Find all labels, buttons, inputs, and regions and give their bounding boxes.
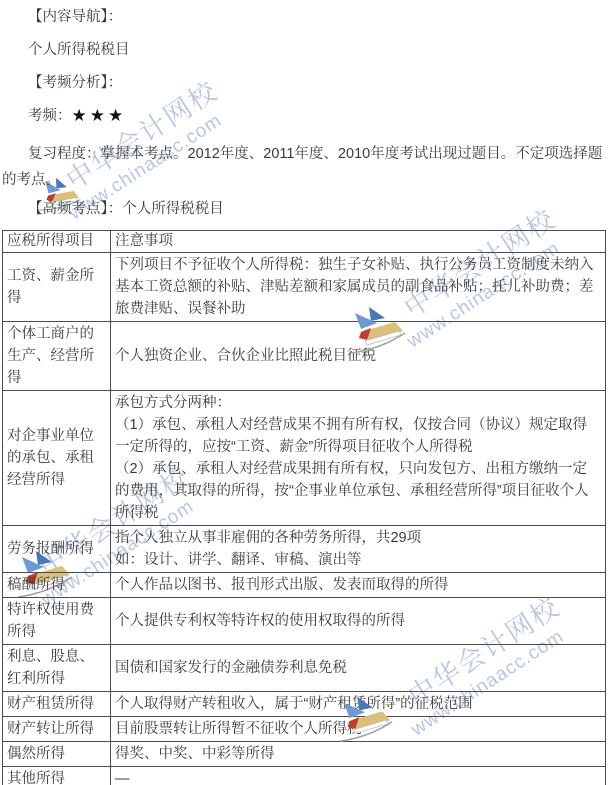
note-line: 承包方式分两种：: [115, 392, 601, 414]
tax-item-cell: 财产转让所得: [3, 717, 111, 742]
column-header-note: 注意事项: [111, 231, 606, 253]
content-nav-item: 个人所得税税目: [2, 42, 606, 58]
freq-analysis-label: 【考频分析】：: [2, 75, 606, 91]
note-line: 如：设计、讲学、翻译、审稿、演出等: [115, 549, 601, 571]
table-row: 对企事业单位的承包、承租经营所得 承包方式分两种： （1）承包、承租人对经营成果…: [3, 391, 606, 526]
note-cell: —: [111, 767, 606, 785]
tax-item-cell: 稿酬所得: [3, 573, 111, 598]
document-page: 【内容导航】： 个人所得税税目 【考频分析】： 考频：★★★ 复习程度：掌握本考…: [0, 0, 608, 785]
note-line: 个人作品以图书、报刊形式出版、发表而取得的所得: [115, 574, 601, 596]
table-row: 特许权使用费所得 个人提供专利权等特许权的使用权取得的所得: [3, 598, 606, 645]
freq-rating-line: 考频：★★★: [2, 108, 606, 124]
note-cell: 个人取得财产转租收入，属于“财产租赁所得”的征税范围: [111, 692, 606, 717]
table-row: 个体工商户的生产、经营所得 个人独资企业、合伙企业比照此税目征税: [3, 322, 606, 391]
tax-item-cell: 劳务报酬所得: [3, 526, 111, 573]
table-header-row: 应税所得项目 注意事项: [3, 231, 606, 253]
table-row: 稿酬所得 个人作品以图书、报刊形式出版、发表而取得的所得: [3, 573, 606, 598]
freq-rating-prefix: 考频：: [28, 108, 72, 124]
note-cell: 指个人独立从事非雇佣的各种劳务所得，共29项 如：设计、讲学、翻译、审稿、演出等: [111, 526, 606, 573]
note-cell: 个人独资企业、合伙企业比照此税目征税: [111, 322, 606, 391]
tax-item-cell: 对企事业单位的承包、承租经营所得: [3, 391, 111, 526]
table-row: 偶然所得 得奖、中奖、中彩等所得: [3, 742, 606, 767]
note-line: 目前股票转让所得暂不征收个人所得税: [115, 718, 601, 740]
table-row: 劳务报酬所得 指个人独立从事非雇佣的各种劳务所得，共29项 如：设计、讲学、翻译…: [3, 526, 606, 573]
note-cell: 个人提供专利权等特许权的使用权取得的所得: [111, 598, 606, 645]
tax-item-cell: 特许权使用费所得: [3, 598, 111, 645]
column-header-item: 应税所得项目: [3, 231, 111, 253]
table-row: 财产转让所得 目前股票转让所得暂不征收个人所得税: [3, 717, 606, 742]
tax-item-cell: 偶然所得: [3, 742, 111, 767]
note-cell: 得奖、中奖、中彩等所得: [111, 742, 606, 767]
tax-item-cell: 个体工商户的生产、经营所得: [3, 322, 111, 391]
note-cell: 国债和国家发行的金融债券利息免税: [111, 645, 606, 692]
tax-item-cell: 其他所得: [3, 767, 111, 785]
tax-item-cell: 利息、股息、红利所得: [3, 645, 111, 692]
note-cell: 目前股票转让所得暂不征收个人所得税: [111, 717, 606, 742]
note-line: 国债和国家发行的金融债券利息免税: [115, 657, 601, 679]
table-row: 其他所得 —: [3, 767, 606, 785]
table-row: 利息、股息、红利所得 国债和国家发行的金融债券利息免税: [3, 645, 606, 692]
content-nav-label: 【内容导航】：: [2, 9, 606, 25]
table-row: 工资、薪金所得 下列项目不予征收个人所得税：独生子女补贴、执行公务员工资制度未纳…: [3, 253, 606, 322]
review-note: 复习程度：掌握本考点。2012年度、2011年度、2010年度考试出现过题目。不…: [2, 141, 606, 193]
note-line: —: [115, 768, 601, 785]
tax-item-cell: 财产租赁所得: [3, 692, 111, 717]
note-line: （1）承包、承租人对经营成果不拥有所有权，仅按合同（协议）规定取得一定所得的，应…: [115, 414, 601, 458]
hot-topic-heading: 【高频考点】：个人所得税税目: [2, 201, 606, 217]
note-line: 指个人独立从事非雇佣的各种劳务所得，共29项: [115, 527, 601, 549]
note-line: 个人提供专利权等特许权的使用权取得的所得: [115, 610, 601, 632]
note-line: 个人取得财产转租收入，属于“财产租赁所得”的征税范围: [115, 693, 601, 715]
tax-item-cell: 工资、薪金所得: [3, 253, 111, 322]
note-line: 个人独资企业、合伙企业比照此税目征税: [115, 345, 601, 367]
note-cell: 承包方式分两种： （1）承包、承租人对经营成果不拥有所有权，仅按合同（协议）规定…: [111, 391, 606, 526]
note-cell: 下列项目不予征收个人所得税：独生子女补贴、执行公务员工资制度未纳入基本工资总额的…: [111, 253, 606, 322]
star-rating: ★★★: [72, 106, 127, 125]
note-line: （2）承包、承租人对经营成果拥有所有权，只向发包方、出租方缴纳一定的费用，其取得…: [115, 458, 601, 524]
note-cell: 个人作品以图书、报刊形式出版、发表而取得的所得: [111, 573, 606, 598]
tax-items-table: 应税所得项目 注意事项 工资、薪金所得 下列项目不予征收个人所得税：独生子女补贴…: [2, 230, 606, 785]
note-line: 下列项目不予征收个人所得税：独生子女补贴、执行公务员工资制度未纳入基本工资总额的…: [115, 254, 601, 320]
table-row: 财产租赁所得 个人取得财产转租收入，属于“财产租赁所得”的征税范围: [3, 692, 606, 717]
note-line: 得奖、中奖、中彩等所得: [115, 743, 601, 765]
